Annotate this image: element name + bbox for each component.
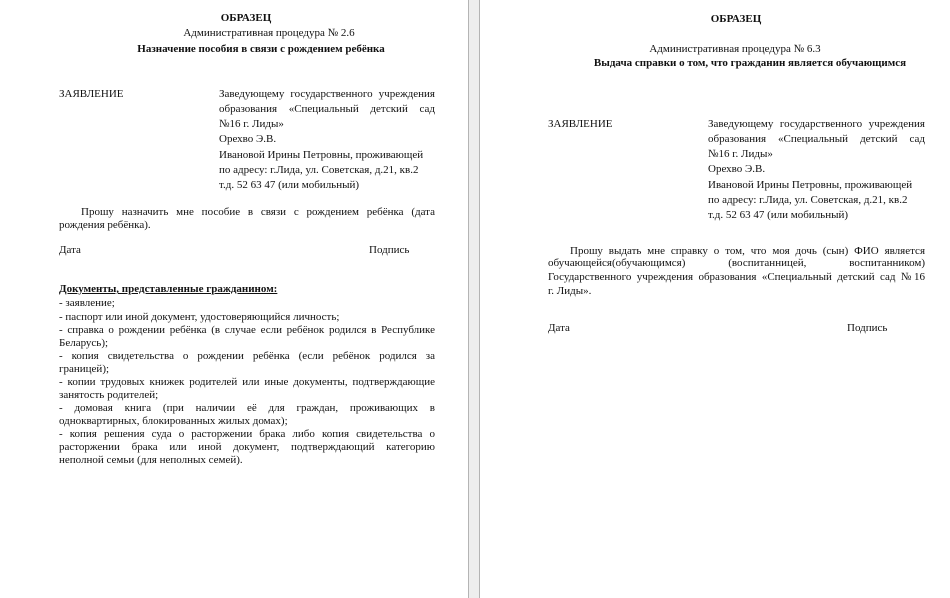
documents-heading: Документы, представленные гражданином: xyxy=(59,283,277,296)
documents-list-item: Беларусь); xyxy=(59,337,108,350)
addressee-line: образования «Специальный детский сад xyxy=(219,103,435,116)
statement-label: ЗАЯВЛЕНИЕ xyxy=(59,88,124,101)
request-line: Государственного учреждения образования … xyxy=(548,271,925,284)
date-label: Дата xyxy=(59,244,81,257)
documents-list-item: - справка о рождении ребёнка (в случае е… xyxy=(59,324,435,337)
document-page-right: ОБРАЗЕЦ Административная процедура № 6.3… xyxy=(481,0,950,598)
document-title: Выдача справки о том, что гражданин явля… xyxy=(481,57,950,70)
documents-list-item: границей); xyxy=(59,363,109,376)
document-page-left: ОБРАЗЕЦ Административная процедура № 2.6… xyxy=(0,0,468,598)
request-line: г. Лиды». xyxy=(548,285,591,298)
addressee-line: №16 г. Лиды» xyxy=(219,118,284,131)
request-line: обучающейся(обучающимся) (воспитанницей,… xyxy=(548,257,925,270)
documents-list-item: - копия решения суда о расторжении брака… xyxy=(59,428,435,441)
addressee-line: Орехво Э.В. xyxy=(708,163,765,176)
documents-list-item: занятость родителей; xyxy=(59,389,158,402)
sample-label: ОБРАЗЕЦ xyxy=(481,13,950,26)
document-title: Назначение пособия в связи с рождением р… xyxy=(0,43,522,56)
sample-label: ОБРАЗЕЦ xyxy=(0,12,492,25)
documents-list-item: одноквартирных, блокированных жилых дома… xyxy=(59,415,288,428)
addressee-line: Заведующему государственного учреждения xyxy=(219,88,435,101)
request-line: рождения ребёнка). xyxy=(59,219,151,232)
documents-list-item: неполной семьи (для неполных семей). xyxy=(59,454,243,467)
documents-list-item: - заявление; xyxy=(59,297,115,310)
documents-list-item: расторжении брака или иной документ, под… xyxy=(59,441,435,454)
addressee-line: т.д. 52 63 47 (или мобильный) xyxy=(219,179,359,192)
addressee-line: Ивановой Ирины Петровны, проживающей xyxy=(219,149,423,162)
addressee-line: образования «Специальный детский сад xyxy=(708,133,925,146)
addressee-line: по адресу: г.Лида, ул. Советская, д.21, … xyxy=(219,164,418,177)
addressee-line: №16 г. Лиды» xyxy=(708,148,773,161)
page-divider xyxy=(468,0,480,598)
addressee-line: Ивановой Ирины Петровны, проживающей xyxy=(708,179,912,192)
documents-list-item: - домовая книга (при наличии её для граж… xyxy=(59,402,435,415)
documents-list-item: - копия свидетельства о рождении ребёнка… xyxy=(59,350,435,363)
addressee-line: Заведующему государственного учреждения xyxy=(708,118,925,131)
date-label: Дата xyxy=(548,322,570,335)
addressee-line: Орехво Э.В. xyxy=(219,133,276,146)
signature-label: Подпись xyxy=(847,322,887,335)
request-line: Прошу назначить мне пособие в связи с ро… xyxy=(81,206,435,219)
signature-label: Подпись xyxy=(369,244,409,257)
addressee-line: т.д. 52 63 47 (или мобильный) xyxy=(708,209,848,222)
documents-list-item: - копии трудовых книжек родителей или ин… xyxy=(59,376,435,389)
procedure-number: Административная процедура № 2.6 xyxy=(0,27,538,40)
procedure-number: Административная процедура № 6.3 xyxy=(481,43,950,56)
addressee-line: по адресу: г.Лида, ул. Советская, д.21, … xyxy=(708,194,907,207)
documents-list-item: - паспорт или иной документ, удостоверяю… xyxy=(59,311,339,324)
statement-label: ЗАЯВЛЕНИЕ xyxy=(548,118,613,131)
